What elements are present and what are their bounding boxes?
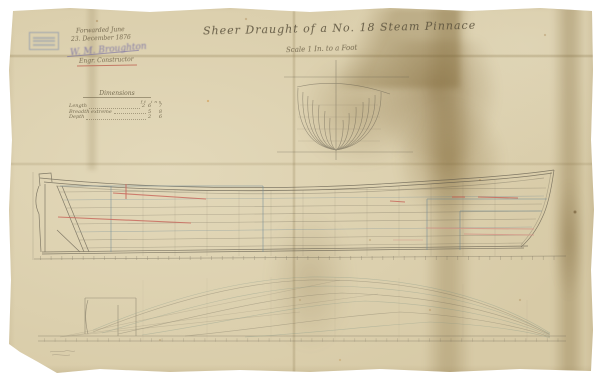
dotted-leader (114, 113, 146, 114)
sternpost (57, 186, 89, 252)
stamp-text-line (33, 44, 55, 46)
station-lines (143, 180, 495, 256)
dimension-label: Depth (69, 115, 84, 121)
scanned-ship-plan-photo: Forwarded June 23. December 1876 W. M. B… (0, 0, 600, 380)
dimensions-table: Dimensions ft ins Length 26 7 Breadth ex… (69, 90, 165, 121)
body-plan-view (277, 60, 413, 160)
stern-head (39, 173, 52, 186)
stamp-text-line (33, 37, 55, 39)
half-breadth-plan-view (38, 277, 566, 341)
dotted-leader (86, 119, 146, 120)
half-breadth-baseline (38, 336, 566, 341)
body-plan-deck-arc (297, 83, 390, 94)
half-breadth-waterlines (93, 277, 550, 338)
bow-stem-curve (521, 170, 554, 247)
stamp-text-line (33, 40, 55, 42)
plan-paper-sheet: Forwarded June 23. December 1876 W. M. B… (0, 0, 600, 380)
dimensions-heading: Dimensions (83, 90, 151, 98)
archive-stamp (29, 32, 59, 50)
dimension-row: Depth 2 6 (69, 115, 165, 121)
blue-ink-marks (60, 186, 547, 252)
dimension-value: 2 6 (148, 115, 165, 121)
pencil-scribble-bottom-left (50, 351, 75, 356)
sheer-plan-view (33, 170, 566, 260)
